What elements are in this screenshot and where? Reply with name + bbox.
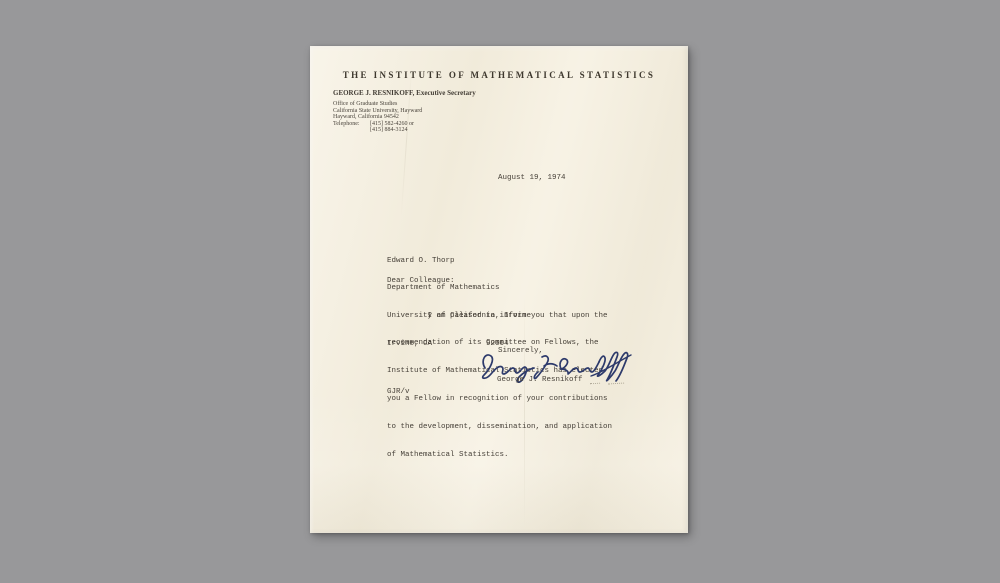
reference-initials: GJR/v: [387, 388, 410, 397]
telephone-number-1: [415] 582-4260 or: [370, 121, 414, 128]
telephone-number-2: [415] 884-3124: [370, 127, 414, 134]
body-line: to the development, dissemination, and a…: [387, 423, 612, 432]
letter-date: August 19, 1974: [498, 174, 566, 183]
recipient-name: Edward O. Thorp: [387, 257, 531, 266]
pencil-mark: [590, 380, 600, 385]
body-line: I am pleased to inform you that upon the: [387, 312, 612, 321]
letter-page: THE INSTITUTE OF MATHEMATICAL STATISTICS…: [310, 46, 688, 533]
letterhead-title: THE INSTITUTE OF MATHEMATICAL STATISTICS: [310, 70, 688, 80]
letterhead-office: Office of Graduate Studies: [333, 101, 476, 108]
telephone-label: Telephone:: [333, 121, 370, 134]
typed-signature-name: George J. Resnikoff: [497, 376, 583, 385]
letterhead-city: Hayward, California 94542: [333, 114, 476, 121]
telephone-numbers: [415] 582-4260 or [415] 884-3124: [370, 121, 414, 134]
letterhead-officer: GEORGE J. RESNIKOFF, Executive Secretary: [333, 89, 476, 97]
pencil-mark: [608, 380, 624, 385]
scan-background: THE INSTITUTE OF MATHEMATICAL STATISTICS…: [0, 0, 1000, 583]
salutation: Dear Colleague:: [387, 277, 455, 286]
body-line: of Mathematical Statistics.: [387, 451, 612, 460]
letterhead-block: GEORGE J. RESNIKOFF, Executive Secretary…: [333, 89, 476, 134]
letterhead-telephone: Telephone: [415] 582-4260 or [415] 884-3…: [333, 121, 476, 134]
body-line: you a Fellow in recognition of your cont…: [387, 395, 612, 404]
